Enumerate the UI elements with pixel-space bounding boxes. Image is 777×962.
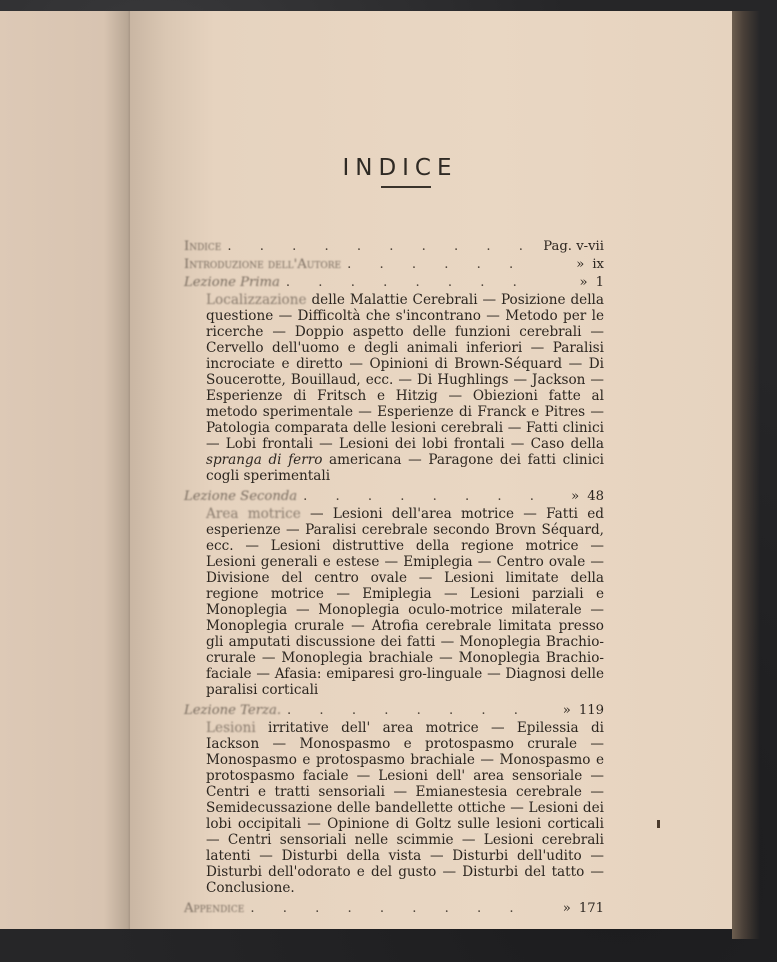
leader-dots: . . . . . . . . . . . . . . . . . . [250, 900, 540, 918]
toc-entry-appendice: Appendice . . . . . . . . . . . . . . . … [184, 900, 604, 918]
leader-dots: . . . . . . . . . . . . . . . . . . [227, 238, 537, 256]
toc-entry-title: Appendice [184, 900, 244, 918]
page-reference: »171 [546, 900, 604, 918]
left-page [0, 11, 130, 929]
toc-entry-title: Lezione Seconda [184, 488, 297, 506]
table-of-contents: Indice . . . . . . . . . . . . . . . . .… [184, 238, 604, 918]
leader-dots: . . . . . . . . . . . . . . . . . . [287, 702, 540, 720]
toc-entry-lezione-seconda: Lezione Seconda . . . . . . . . . . . . … [184, 488, 604, 698]
leader-dots: . . . . . . . . . . . . . . . . . . [347, 256, 540, 274]
page-reference: »1 [546, 274, 604, 292]
toc-entry-description: Area motrice — Lesioni dell'area motrice… [206, 506, 604, 698]
toc-entry-lezione-terza: Lezione Terza. . . . . . . . . . . . . .… [184, 702, 604, 896]
page-reference: »ix [546, 256, 604, 274]
leader-dots: . . . . . . . . . . . . . . . . . . [303, 488, 540, 506]
page-reference: Pag. v-vii [543, 238, 604, 256]
toc-entry-description: Lesioni irritative dell' area motrice — … [206, 720, 604, 896]
toc-entry-description: Localizzazione delle Malattie Cerebrali … [206, 292, 604, 484]
toc-entry-introduzione: Introduzione dell'Autore . . . . . . . .… [184, 256, 604, 274]
toc-entry-title: Introduzione dell'Autore [184, 256, 341, 274]
toc-entry-lezione-prima: Lezione Prima . . . . . . . . . . . . . … [184, 274, 604, 484]
leader-dots: . . . . . . . . . . . . . . . . . . [286, 274, 540, 292]
toc-entry-indice: Indice . . . . . . . . . . . . . . . . .… [184, 238, 604, 256]
toc-entry-title: Lezione Prima [184, 274, 280, 292]
page-edge-shadow [732, 11, 760, 939]
toc-entry-title: Lezione Terza. [184, 702, 281, 720]
title-divider [381, 186, 431, 188]
page-reference: »119 [546, 702, 604, 720]
page-reference: »48 [546, 488, 604, 506]
page-title: INDICE [300, 155, 500, 181]
paper-blemish [657, 820, 660, 828]
toc-entry-title: Indice [184, 238, 221, 256]
